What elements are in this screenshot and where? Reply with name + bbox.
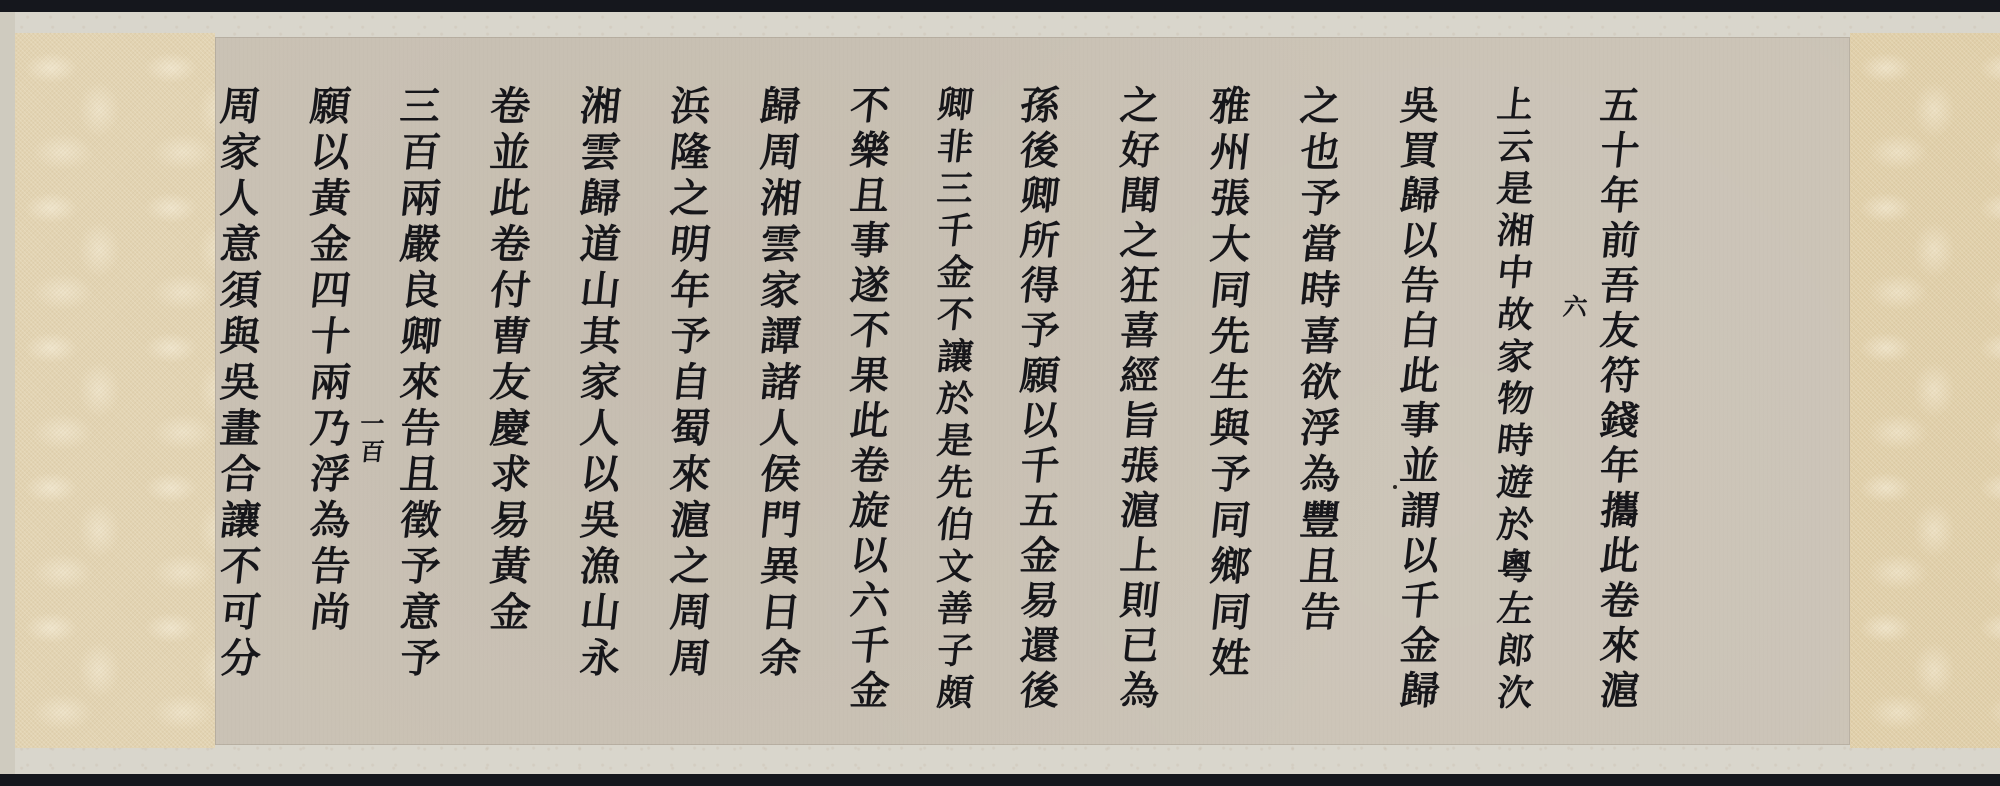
- calligraphy-character: 攜: [1598, 492, 1642, 537]
- calligraphy-character: 兩: [398, 179, 443, 225]
- calligraphy-character: 告: [1298, 593, 1343, 639]
- calligraphy-character: 異: [758, 547, 803, 593]
- calligraphy-character: 為: [1118, 672, 1162, 717]
- calligraphy-column: 卷並此卷付曹友慶求易黃金: [475, 87, 545, 639]
- calligraphy-character: 樂: [848, 132, 892, 177]
- calligraphy-character: 卷: [1598, 582, 1642, 627]
- calligraphy-character: 家: [1495, 339, 1535, 381]
- calligraphy-character: 吳: [578, 501, 623, 547]
- calligraphy-character: 果: [848, 357, 892, 402]
- calligraphy-character: 善: [935, 591, 975, 633]
- calligraphy-character: 雲: [758, 225, 803, 271]
- calligraphy-character: 謂: [1398, 492, 1442, 537]
- calligraphy-column: 吳買歸以告白此事並謂以千金歸: [1385, 87, 1455, 717]
- calligraphy-character: 欲: [1298, 363, 1343, 409]
- calligraphy-character: 山: [578, 593, 623, 639]
- calligraphy-character: 尚: [308, 593, 353, 639]
- calligraphy-character: 卷: [488, 87, 533, 133]
- calligraphy-character: 合: [218, 455, 263, 501]
- calligraphy-character: 千: [848, 627, 892, 672]
- calligraphy-character: 同: [1208, 593, 1253, 639]
- calligraphy-character: 其: [578, 317, 623, 363]
- calligraphy-character: 並: [1398, 447, 1442, 492]
- calligraphy-character: 千: [1398, 582, 1442, 627]
- calligraphy-character: 是: [1495, 171, 1535, 213]
- calligraphy-character: 友: [488, 363, 533, 409]
- calligraphy-character: 事: [1398, 402, 1442, 447]
- calligraphy-character: 周: [668, 593, 713, 639]
- calligraphy-character: 黃: [488, 547, 533, 593]
- calligraphy-character: 余: [758, 639, 803, 685]
- calligraphy-character: 為: [308, 501, 353, 547]
- calligraphy-character: 譚: [758, 317, 803, 363]
- calligraphy-character: 買: [1398, 132, 1442, 177]
- calligraphy-character: 旨: [1118, 402, 1162, 447]
- calligraphy-character: 人: [218, 179, 263, 225]
- calligraphy-character: 兩: [308, 363, 353, 409]
- calligraphy-character: 慶: [488, 409, 533, 455]
- text-columns: 五十年前吾友符錢年攜此卷來滬上云是湘中故家物時遊於粵左郎㳄吳買歸以告白此事並謂以…: [215, 37, 1850, 745]
- calligraphy-character: 十: [308, 317, 353, 363]
- marginal-annotation: 一百: [337, 412, 407, 468]
- calligraphy-character: 還: [1018, 627, 1062, 672]
- calligraphy-character: 時: [1495, 423, 1535, 465]
- calligraphy-character: 於: [935, 381, 975, 423]
- calligraphy-character: 張: [1118, 447, 1162, 492]
- calligraphy-character: 此: [488, 179, 533, 225]
- mount-left-edge: [0, 12, 15, 774]
- calligraphy-character: 侯: [758, 455, 803, 501]
- calligraphy-character: 歸: [1398, 672, 1442, 717]
- calligraphy-character: 喜: [1118, 312, 1162, 357]
- calligraphy-character: 卿: [935, 87, 975, 129]
- calligraphy-character: 意: [218, 225, 263, 271]
- calligraphy-character: 湘: [578, 87, 623, 133]
- calligraphy-column: 五十年前吾友符錢年攜此卷來滬: [1585, 87, 1655, 717]
- calligraphy-character: 歸: [1398, 177, 1442, 222]
- calligraphy-character: 白: [1398, 312, 1442, 357]
- calligraphy-character: 此: [848, 402, 892, 447]
- calligraphy-character: 永: [578, 639, 623, 685]
- calligraphy-character: 事: [848, 222, 892, 267]
- calligraphy-character: 周: [668, 639, 713, 685]
- calligraphy-character: 自: [668, 363, 713, 409]
- calligraphy-character: 人: [578, 409, 623, 455]
- calligraphy-character: 後: [1018, 672, 1062, 717]
- calligraphy-character: 須: [218, 271, 263, 317]
- calligraphy-character: 三: [935, 171, 975, 213]
- calligraphy-character: 旋: [848, 492, 892, 537]
- calligraphy-character: 雲: [578, 133, 623, 179]
- calligraphy-character: 姓: [1208, 639, 1253, 685]
- calligraphy-character: 遂: [848, 267, 892, 312]
- calligraphy-character: 則: [1118, 582, 1162, 627]
- calligraphy-character: 之: [1118, 87, 1162, 132]
- calligraphy-character: 來: [1598, 627, 1642, 672]
- calligraphy-character: 年: [1598, 177, 1642, 222]
- calligraphy-character: 不: [848, 87, 892, 132]
- calligraphy-character: 門: [758, 501, 803, 547]
- calligraphy-character: 隆: [668, 133, 713, 179]
- calligraphy-character: 三: [398, 87, 443, 133]
- calligraphy-paper: 五十年前吾友符錢年攜此卷來滬上云是湘中故家物時遊於粵左郎㳄吳買歸以告白此事並謂以…: [215, 37, 1850, 745]
- annotation-character: 一: [359, 412, 386, 440]
- calligraphy-character: 遊: [1495, 465, 1535, 507]
- calligraphy-scroll: 五十年前吾友符錢年攜此卷來滬上云是湘中故家物時遊於粵左郎㳄吳買歸以告白此事並謂以…: [0, 0, 2000, 786]
- calligraphy-character: 易: [488, 501, 533, 547]
- marginal-annotation: 六: [1540, 295, 1610, 323]
- calligraphy-character: 家: [578, 363, 623, 409]
- calligraphy-character: 不: [848, 312, 892, 357]
- calligraphy-character: 並: [488, 133, 533, 179]
- calligraphy-character: 同: [1208, 271, 1253, 317]
- calligraphy-character: 卿: [1018, 177, 1062, 222]
- calligraphy-character: 讓: [935, 339, 975, 381]
- calligraphy-character: 家: [218, 133, 263, 179]
- top-frame-band: [0, 0, 2000, 12]
- calligraphy-column: 歸周湘雲家譚諸人侯門異日余: [745, 87, 815, 685]
- calligraphy-character: 歸: [758, 87, 803, 133]
- calligraphy-character: 同: [1208, 501, 1253, 547]
- calligraphy-column: 湘雲歸道山其家人以吳漁山永: [565, 87, 635, 685]
- calligraphy-character: 之: [1298, 87, 1343, 133]
- calligraphy-character: 故: [1495, 297, 1535, 339]
- calligraphy-character: 金: [935, 255, 975, 297]
- calligraphy-character: 不: [935, 297, 975, 339]
- calligraphy-character: 千: [935, 213, 975, 255]
- calligraphy-character: 與: [1208, 409, 1253, 455]
- calligraphy-character: 明: [668, 225, 713, 271]
- annotation-character: 百: [359, 440, 386, 468]
- calligraphy-character: 前: [1598, 222, 1642, 267]
- calligraphy-character: 喜: [1298, 317, 1343, 363]
- calligraphy-column: 之好聞之狂喜經旨張滬上則已為: [1105, 87, 1175, 717]
- calligraphy-character: 湘: [758, 179, 803, 225]
- calligraphy-character: 子: [935, 633, 975, 675]
- calligraphy-character: 且: [1298, 547, 1343, 593]
- calligraphy-character: 良: [398, 271, 443, 317]
- right-brocade-panel: [1850, 33, 2000, 748]
- calligraphy-character: 百: [398, 133, 443, 179]
- calligraphy-column: 不樂且事遂不果此卷旋以六千金: [835, 87, 905, 717]
- calligraphy-character: 周: [758, 133, 803, 179]
- calligraphy-character: 卷: [848, 447, 892, 492]
- calligraphy-character: 家: [758, 271, 803, 317]
- calligraphy-character: 漁: [578, 547, 623, 593]
- calligraphy-character: 符: [1598, 357, 1642, 402]
- calligraphy-column: 周家人意須與吳畫合讓不可分: [205, 87, 275, 685]
- calligraphy-character: 以: [578, 455, 623, 501]
- calligraphy-character: 五: [1598, 87, 1642, 132]
- calligraphy-character: 願: [1018, 357, 1062, 402]
- calligraphy-character: 求: [488, 455, 533, 501]
- calligraphy-character: 金: [308, 225, 353, 271]
- calligraphy-character: 嚴: [398, 225, 443, 271]
- calligraphy-character: 年: [668, 271, 713, 317]
- calligraphy-character: 予: [1298, 179, 1343, 225]
- calligraphy-character: 也: [1298, 133, 1343, 179]
- calligraphy-character: 聞: [1118, 177, 1162, 222]
- calligraphy-character: 錢: [1598, 402, 1642, 447]
- calligraphy-character: 日: [758, 593, 803, 639]
- calligraphy-character: 曹: [488, 317, 533, 363]
- calligraphy-character: 意: [398, 593, 443, 639]
- annotation-character: 六: [1562, 295, 1589, 323]
- calligraphy-character: 來: [398, 363, 443, 409]
- calligraphy-character: 告: [1398, 267, 1442, 312]
- calligraphy-character: 此: [1598, 537, 1642, 582]
- calligraphy-character: 以: [308, 133, 353, 179]
- calligraphy-character: 金: [1398, 627, 1442, 672]
- calligraphy-column: 三百兩嚴良卿來告且徵予意予: [385, 87, 455, 685]
- calligraphy-character: 可: [218, 593, 263, 639]
- bottom-frame-band: [0, 774, 2000, 786]
- calligraphy-character: 吳: [1398, 87, 1442, 132]
- calligraphy-character: 先: [1208, 317, 1253, 363]
- calligraphy-character: 畫: [218, 409, 263, 455]
- calligraphy-character: 滬: [1598, 672, 1642, 717]
- calligraphy-character: 得: [1018, 267, 1062, 312]
- calligraphy-character: 金: [848, 672, 892, 717]
- calligraphy-character: 卷: [488, 225, 533, 271]
- calligraphy-character: 雅: [1208, 87, 1253, 133]
- calligraphy-character: 伯: [935, 507, 975, 549]
- calligraphy-character: 予: [398, 547, 443, 593]
- calligraphy-character: 金: [1018, 537, 1062, 582]
- calligraphy-character: 不: [218, 547, 263, 593]
- calligraphy-character: 讓: [218, 501, 263, 547]
- calligraphy-character: 狂: [1118, 267, 1162, 312]
- calligraphy-character: 蜀: [668, 409, 713, 455]
- calligraphy-character: 人: [758, 409, 803, 455]
- calligraphy-character: 孫: [1018, 87, 1062, 132]
- calligraphy-character: 上: [1118, 537, 1162, 582]
- calligraphy-character: 易: [1018, 582, 1062, 627]
- calligraphy-character: 以: [1398, 537, 1442, 582]
- calligraphy-character: 諸: [758, 363, 803, 409]
- calligraphy-character: 鄉: [1208, 547, 1253, 593]
- calligraphy-character: 頗: [935, 675, 975, 717]
- calligraphy-character: 張: [1208, 179, 1253, 225]
- calligraphy-character: 之: [668, 179, 713, 225]
- calligraphy-character: 左: [1495, 591, 1535, 633]
- calligraphy-character: 四: [308, 271, 353, 317]
- calligraphy-character: 滬: [1118, 492, 1162, 537]
- calligraphy-character: 予: [398, 639, 443, 685]
- calligraphy-character: 粵: [1495, 549, 1535, 591]
- calligraphy-character: 予: [1208, 455, 1253, 501]
- calligraphy-character: 物: [1495, 381, 1535, 423]
- calligraphy-character: 生: [1208, 363, 1253, 409]
- calligraphy-character: 非: [935, 129, 975, 171]
- calligraphy-character: 六: [848, 582, 892, 627]
- left-brocade-panel: [15, 33, 215, 748]
- calligraphy-character: 於: [1495, 507, 1535, 549]
- calligraphy-character: 山: [578, 271, 623, 317]
- calligraphy-character: 且: [848, 177, 892, 222]
- calligraphy-character: 年: [1598, 447, 1642, 492]
- calligraphy-column: 上云是湘中故家物時遊於粵左郎㳄: [1480, 87, 1550, 717]
- calligraphy-character: 上: [1495, 87, 1535, 129]
- calligraphy-character: 告: [308, 547, 353, 593]
- calligraphy-column: 之也予當時喜欲浮為豐且告: [1285, 87, 1355, 639]
- calligraphy-character: 以: [1398, 222, 1442, 267]
- calligraphy-character: 與: [218, 317, 263, 363]
- calligraphy-character: 願: [308, 87, 353, 133]
- calligraphy-character: 郎: [1495, 633, 1535, 675]
- calligraphy-character: 浮: [1298, 409, 1343, 455]
- calligraphy-character: 大: [1208, 225, 1253, 271]
- calligraphy-character: 來: [668, 455, 713, 501]
- calligraphy-character: 吳: [218, 363, 263, 409]
- calligraphy-character: 文: [935, 549, 975, 591]
- calligraphy-character: 此: [1398, 357, 1442, 402]
- calligraphy-character: 所: [1018, 222, 1062, 267]
- calligraphy-character: 㳄: [1495, 675, 1535, 717]
- calligraphy-character: 浜: [668, 87, 713, 133]
- calligraphy-character: 十: [1598, 132, 1642, 177]
- calligraphy-column: 卿非三千金不讓於是先伯文善子頗: [920, 87, 990, 717]
- calligraphy-column: 孫後卿所得予願以千五金易還後: [1005, 87, 1075, 717]
- calligraphy-character: 好: [1118, 132, 1162, 177]
- calligraphy-character: 金: [488, 593, 533, 639]
- calligraphy-character: 後: [1018, 132, 1062, 177]
- calligraphy-character: 湘: [1495, 213, 1535, 255]
- calligraphy-character: 付: [488, 271, 533, 317]
- calligraphy-character: 中: [1495, 255, 1535, 297]
- calligraphy-character: 之: [668, 547, 713, 593]
- calligraphy-character: 予: [1018, 312, 1062, 357]
- calligraphy-character: 為: [1298, 455, 1343, 501]
- calligraphy-character: 五: [1018, 492, 1062, 537]
- calligraphy-character: 時: [1298, 271, 1343, 317]
- calligraphy-character: 已: [1118, 627, 1162, 672]
- calligraphy-character: 當: [1298, 225, 1343, 271]
- calligraphy-character: 以: [1018, 402, 1062, 447]
- calligraphy-column: 雅州張大同先生與予同鄉同姓: [1195, 87, 1265, 685]
- calligraphy-character: 千: [1018, 447, 1062, 492]
- calligraphy-character: 黃: [308, 179, 353, 225]
- calligraphy-character: 豐: [1298, 501, 1343, 547]
- calligraphy-character: 滬: [668, 501, 713, 547]
- calligraphy-character: 經: [1118, 357, 1162, 402]
- calligraphy-character: 卿: [398, 317, 443, 363]
- calligraphy-character: 先: [935, 465, 975, 507]
- calligraphy-character: 予: [668, 317, 713, 363]
- calligraphy-character: 云: [1495, 129, 1535, 171]
- calligraphy-character: 道: [578, 225, 623, 271]
- calligraphy-character: 徵: [398, 501, 443, 547]
- calligraphy-character: 是: [935, 423, 975, 465]
- calligraphy-column: 浜隆之明年予自蜀來滬之周周: [655, 87, 725, 685]
- calligraphy-character: 以: [848, 537, 892, 582]
- calligraphy-character: 周: [218, 87, 263, 133]
- calligraphy-character: 州: [1208, 133, 1253, 179]
- calligraphy-character: 歸: [578, 179, 623, 225]
- ink-speck: [1393, 485, 1397, 489]
- calligraphy-character: 分: [218, 639, 263, 685]
- calligraphy-character: 之: [1118, 222, 1162, 267]
- calligraphy-column: 願以黃金四十兩乃浮為告尚: [295, 87, 365, 639]
